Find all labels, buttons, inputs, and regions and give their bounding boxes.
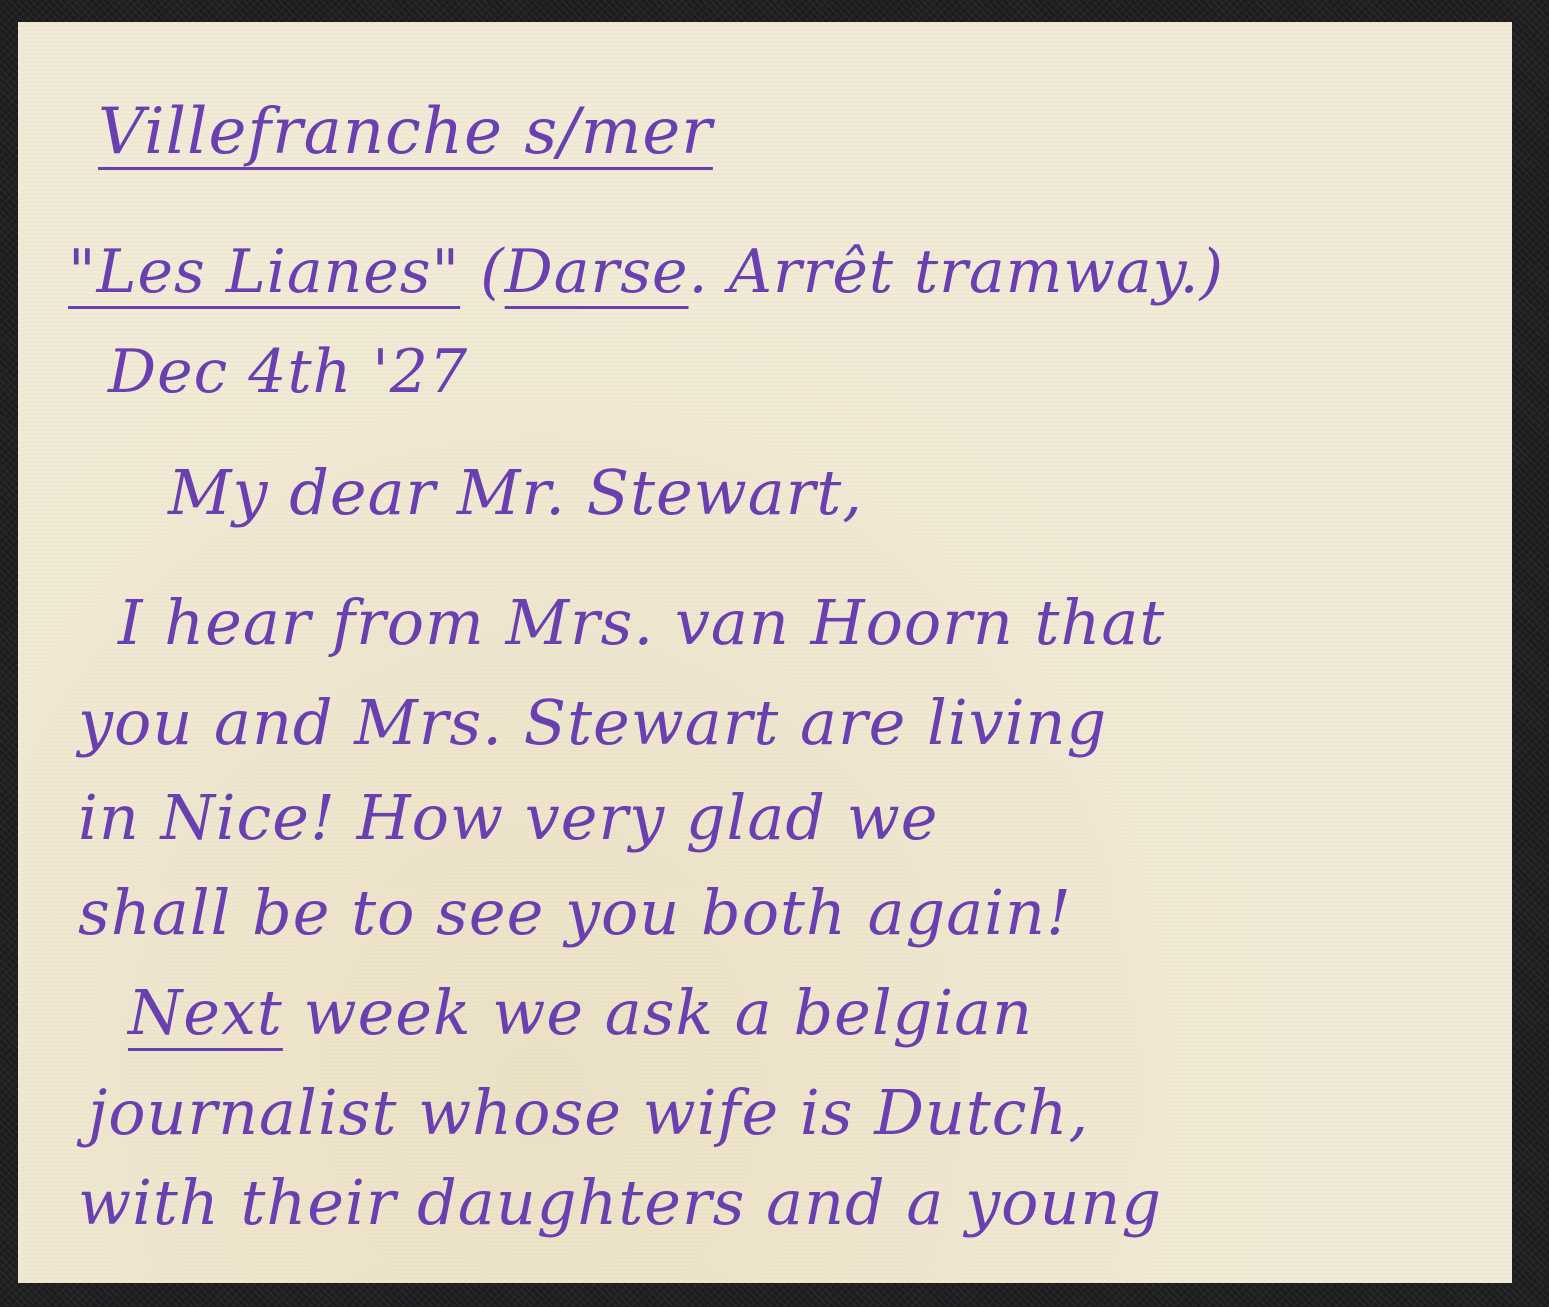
body-line-rest: week we ask a belgian <box>283 976 1033 1049</box>
letter-house-line: "Les Lianes" (Darse. Arrêt tramway.) <box>68 242 1224 302</box>
body-line: journalist whose wife is Dutch, <box>88 1082 1089 1144</box>
body-line: Next week we ask a belgian <box>128 982 1033 1044</box>
letter-salutation: My dear Mr. Stewart, <box>168 462 863 524</box>
house-detail-open: ( <box>480 237 504 307</box>
body-line: in Nice! How very glad we <box>78 787 939 849</box>
body-underlined-word: Next <box>128 976 283 1049</box>
house-name: "Les Lianes" <box>68 237 460 307</box>
body-line: shall be to see you both again! <box>78 882 1072 944</box>
letter-card: Villefranche s/mer "Les Lianes" (Darse. … <box>18 22 1512 1283</box>
house-detail-rest: . Arrêt tramway.) <box>689 237 1225 307</box>
body-line: with their daughters and a young <box>78 1172 1162 1234</box>
letter-place: Villefranche s/mer <box>98 100 713 164</box>
body-line: you and Mrs. Stewart are living <box>78 692 1107 754</box>
letter-date: Dec 4th '27 <box>108 342 468 402</box>
house-detail-underlined: Darse <box>505 237 689 307</box>
body-line: I hear from Mrs. van Hoorn that <box>118 592 1165 654</box>
place-underlined: Villefranche s/mer <box>98 95 713 169</box>
